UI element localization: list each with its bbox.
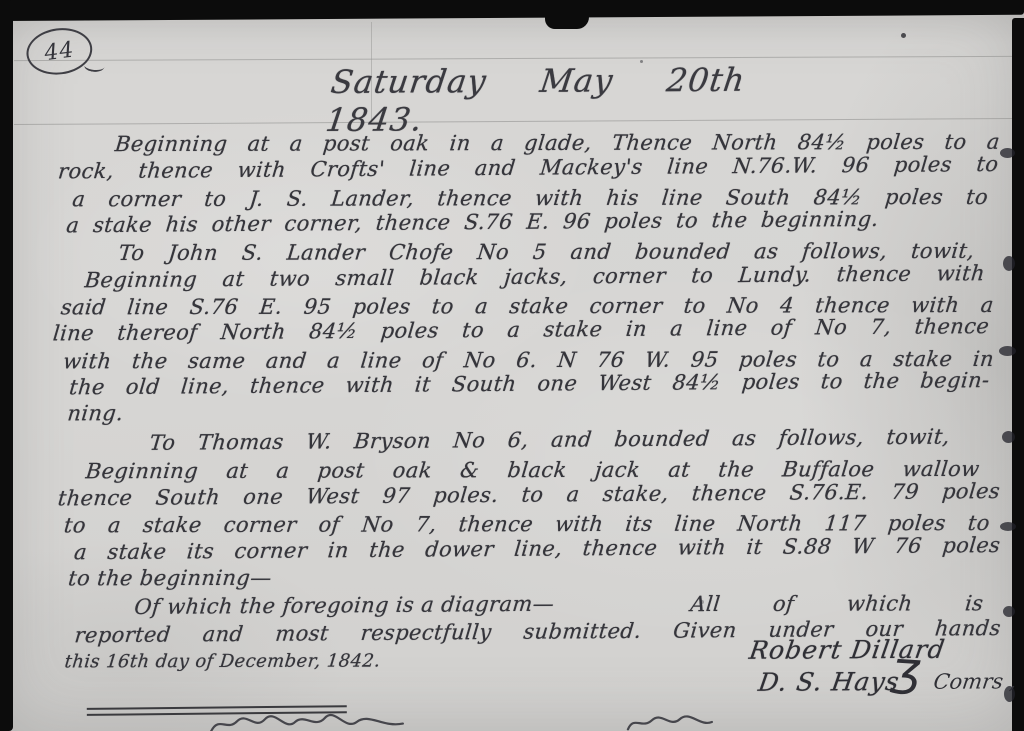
body-line: Beginning at two small black jacks, corn… (84, 261, 987, 292)
body-line-dateline: this 16th day of December, 1842. (64, 651, 382, 673)
handwritten-entry: 44 Saturday May 20th 1843. Beginning at … (0, 0, 1024, 731)
body-line: All of which is (689, 591, 984, 616)
entry-date-heading: Saturday May 20th 1843. (323, 61, 747, 139)
page-number: 44 (43, 37, 76, 66)
circle-flourish (84, 58, 106, 74)
body-line: To John S. Lander Chofe No 5 and bounded… (117, 239, 975, 265)
commissioners-title: Comrs , (932, 669, 1018, 693)
commissioners-brace-icon: Ʒ (888, 649, 922, 705)
cutoff-text-fragment (624, 713, 716, 730)
signature-d-s-hays: D. S. Hays (756, 667, 901, 697)
scanned-document-page: 44 Saturday May 20th 1843. Beginning at … (0, 0, 1024, 731)
body-line: Of which the foregoing is a diagram— (133, 592, 555, 619)
body-line: thence South one West 97 poles. to a sta… (57, 479, 1002, 510)
body-line: a stake his other corner, thence S.76 E.… (65, 207, 880, 237)
body-line: ning. (66, 401, 124, 425)
body-line: To Thomas W. Bryson No 6, and bounded as… (148, 425, 951, 455)
body-line: to the beginning— (67, 566, 273, 591)
cutoff-text-fragment (207, 713, 407, 731)
body-line: a stake its corner in the dower line, th… (73, 533, 1002, 564)
body-line: rock, thence with Crofts' line and Macke… (57, 152, 1000, 183)
page-number-circle: 44 (24, 24, 95, 78)
